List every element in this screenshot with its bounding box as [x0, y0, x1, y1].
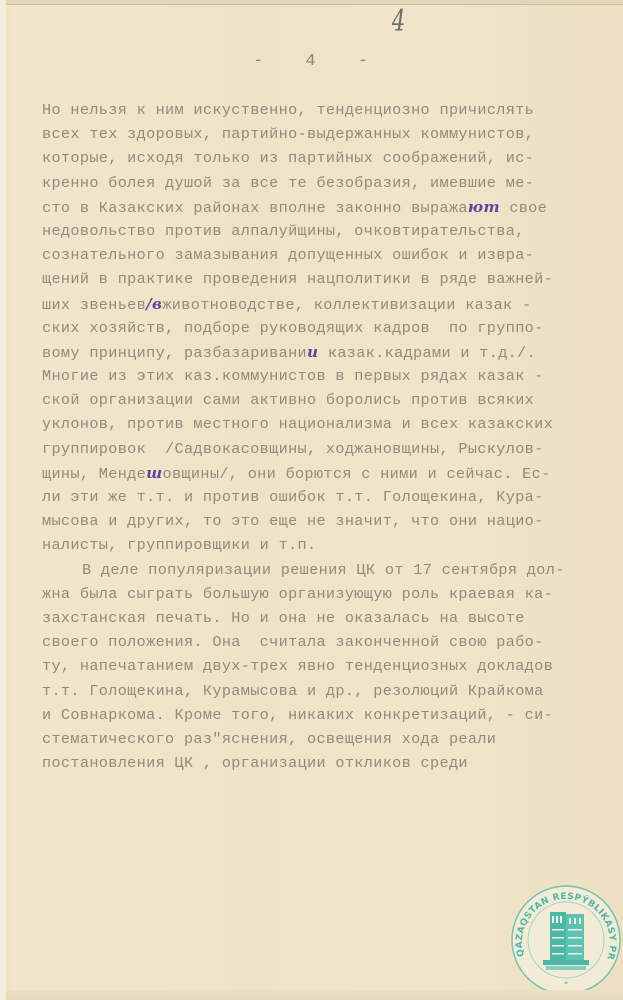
text-line: ших звеньев/вживотноводстве, коллективиз…	[42, 292, 602, 316]
document-page: 4 - 4 - Но нельзя к ним искуственно, тен…	[0, 0, 623, 1000]
text-line: мысова и других, то это еще не значит, ч…	[42, 509, 602, 533]
text-line: жна была сыграть большую организующую ро…	[42, 582, 602, 606]
text-line: В деле популяризации решения ЦК от 17 се…	[42, 558, 602, 582]
typed-text: овщины/, они борются с ними и сейчас. Ес…	[163, 465, 551, 483]
page-top-edge	[0, 0, 623, 5]
typed-text: В деле популяризации решения ЦК от 17 се…	[82, 561, 565, 579]
typed-text: которые, исходя только из партийных сооб…	[42, 149, 534, 167]
text-line: сознательного замазывания допущенных оши…	[42, 243, 602, 267]
text-line: т.т. Голощекина, Курамысова и др., резол…	[42, 679, 602, 703]
handwritten-correction: /в	[146, 295, 162, 313]
typed-text: т.т. Голощекина, Курамысова и др., резол…	[42, 682, 544, 700]
typed-text: свое	[500, 199, 547, 217]
svg-text:*: *	[564, 980, 568, 989]
typed-text: ту, напечатанием двух-трех явно тенденци…	[42, 657, 553, 675]
typed-text: своего положения. Она считала законченно…	[42, 633, 544, 651]
typed-text: налисты, группировщики и т.п.	[42, 536, 316, 554]
text-line: постановления ЦК , организации откликов …	[42, 751, 602, 775]
typed-text: вому принципу, разбазаривани	[42, 344, 307, 362]
typed-text: ших звеньев	[42, 296, 146, 314]
text-line: уклонов, против местного национализма и …	[42, 412, 602, 436]
archive-stamp-icon: QAZAQSTAN RESPÝBLIKASY PREZIDENTINIŃ ARH…	[510, 884, 622, 996]
text-line: ской организации сами активно боролись п…	[42, 388, 602, 412]
text-line: сто в Казакских районах вполне законно в…	[42, 195, 602, 219]
text-line: щины, Мендешовщины/, они борются с ними …	[42, 461, 602, 485]
typed-text: ской организации сами активно боролись п…	[42, 391, 534, 409]
typed-text: Но нельзя к ним искуственно, тенденциозн…	[42, 101, 534, 119]
text-line: всех тех здоровых, партийно-выдержанных …	[42, 122, 602, 146]
handwritten-correction: ют	[468, 198, 500, 216]
typed-text: недовольство против алпалуйщины, очковти…	[42, 222, 525, 240]
typed-text: сто в Казакских районах вполне законно в…	[42, 199, 468, 217]
page-bottom-edge	[0, 990, 623, 1000]
text-line: захстанская печать. Но и она не оказалас…	[42, 606, 602, 630]
text-line: которые, исходя только из партийных сооб…	[42, 146, 602, 170]
typed-text: кренно болея душой за все те безобразия,…	[42, 174, 534, 192]
handwritten-correction: и	[307, 343, 318, 361]
text-line: своего положения. Она считала законченно…	[42, 630, 602, 654]
text-line: и Совнаркома. Кроме того, никаких конкре…	[42, 703, 602, 727]
text-line: ли эти же т.т. и против ошибок т.т. Голо…	[42, 485, 602, 509]
text-line: щений в практике проведения нацполитики …	[42, 267, 602, 291]
typed-text: ли эти же т.т. и против ошибок т.т. Голо…	[42, 488, 544, 506]
text-line: вому принципу, разбазаривании казак.кадр…	[42, 340, 602, 364]
typed-text: стематического раз"яснения, освещения хо…	[42, 730, 496, 748]
typed-text: ских хозяйств, подборе руководящих кадро…	[42, 319, 544, 337]
page-number: 4	[305, 52, 317, 71]
page-header: - 4 -	[0, 52, 623, 71]
archive-sheet-number: 4	[392, 4, 405, 39]
text-line: налисты, группировщики и т.п.	[42, 533, 602, 557]
typed-text: Многие из этих каз.коммунистов в первых …	[42, 367, 544, 385]
typed-text: щений в практике проведения нацполитики …	[42, 270, 553, 288]
typed-text: казак.кадрами и т.д./.	[318, 344, 536, 362]
typed-text: захстанская печать. Но и она не оказалас…	[42, 609, 525, 627]
typed-text: мысова и других, то это еще не значит, ч…	[42, 512, 544, 530]
typed-text: уклонов, против местного национализма и …	[42, 415, 553, 433]
typed-text: всех тех здоровых, партийно-выдержанных …	[42, 125, 534, 143]
text-line: Многие из этих каз.коммунистов в первых …	[42, 364, 602, 388]
handwritten-correction: ш	[146, 464, 162, 482]
document-body: Но нельзя к ним искуственно, тенденциозн…	[42, 98, 602, 775]
typed-text: животноводстве, коллективизации казак -	[162, 296, 531, 314]
text-line: ских хозяйств, подборе руководящих кадро…	[42, 316, 602, 340]
typed-text: постановления ЦК , организации откликов …	[42, 754, 468, 772]
typed-text: группировок /Садвокасовщины, ходжановщин…	[42, 440, 544, 458]
text-line: недовольство против алпалуйщины, очковти…	[42, 219, 602, 243]
typed-text: жна была сыграть большую организующую ро…	[42, 585, 553, 603]
page-header-left-dash: -	[225, 52, 293, 71]
typed-text: и Совнаркома. Кроме того, никаких конкре…	[42, 706, 553, 724]
text-line: ту, напечатанием двух-трех явно тенденци…	[42, 654, 602, 678]
text-line: группировок /Садвокасовщины, ходжановщин…	[42, 437, 602, 461]
text-line: Но нельзя к ним искуственно, тенденциозн…	[42, 98, 602, 122]
text-line: кренно болея душой за все те безобразия,…	[42, 171, 602, 195]
page-header-right-dash: -	[330, 52, 398, 71]
text-line: стематического раз"яснения, освещения хо…	[42, 727, 602, 751]
typed-text: сознательного замазывания допущенных оши…	[42, 246, 534, 264]
typed-text: щины, Менде	[42, 465, 146, 483]
